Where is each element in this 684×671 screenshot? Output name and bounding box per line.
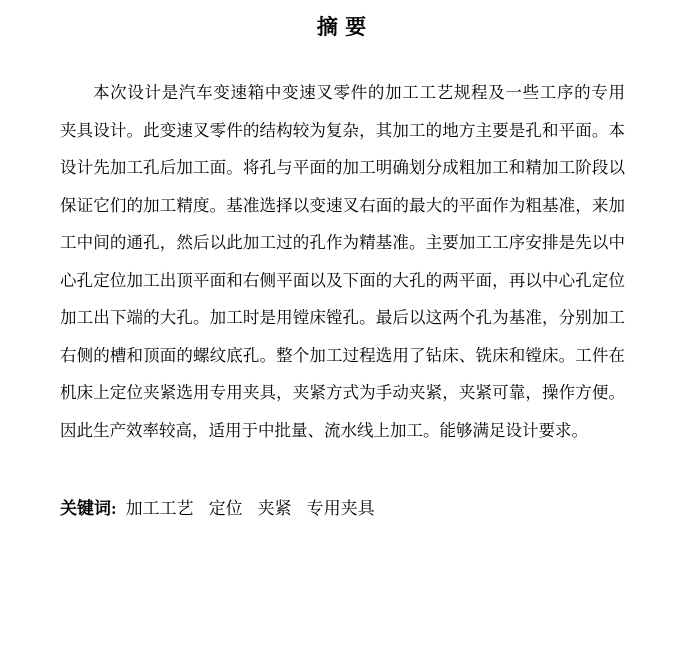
keyword-item: 定位 [209, 499, 243, 518]
paragraph-line: 因此生产效率较高，适用于中批量、流水线上加工。能够满足设计要求。 [60, 412, 625, 450]
keyword-item: 夹紧 [258, 499, 292, 518]
keyword-item: 加工工艺 [126, 499, 194, 518]
paragraph-line: 夹具设计。此变速叉零件的结构较为复杂，其加工的地方主要是孔和平面。本 [60, 112, 625, 150]
paragraph-line: 本次设计是汽车变速箱中变速叉零件的加工工艺规程及一些工序的专用 [60, 74, 625, 112]
paragraph-line: 心孔定位加工出顶平面和右侧平面以及下面的大孔的两平面，再以中心孔定位 [60, 262, 625, 300]
paragraph-line: 机床上定位夹紧选用专用夹具，夹紧方式为手动夹紧，夹紧可靠，操作方便。 [60, 374, 625, 412]
paragraph-line: 工中间的通孔，然后以此加工过的孔作为精基准。主要加工工序安排是先以中 [60, 224, 625, 262]
paragraph-line: 加工出下端的大孔。加工时是用镗床镗孔。最后以这两个孔为基准，分别加工 [60, 299, 625, 337]
document-page: 摘 要 本次设计是汽车变速箱中变速叉零件的加工工艺规程及一些工序的专用 夹具设计… [0, 0, 684, 671]
paragraph-line: 设计先加工孔后加工面。将孔与平面的加工明确划分成粗加工和精加工阶段以 [60, 149, 625, 187]
keywords-label: 关键词: [60, 499, 117, 518]
abstract-paragraph: 本次设计是汽车变速箱中变速叉零件的加工工艺规程及一些工序的专用 夹具设计。此变速… [60, 74, 625, 449]
page-title: 摘 要 [0, 12, 684, 42]
paragraph-line: 保证它们的加工精度。基准选择以变速叉右面的最大的平面作为粗基准，来加 [60, 187, 625, 225]
keywords-row: 关键词:加工工艺定位夹紧专用夹具 [60, 490, 375, 528]
keyword-item: 专用夹具 [307, 499, 375, 518]
paragraph-line: 右侧的槽和顶面的螺纹底孔。整个加工过程选用了钻床、铣床和镗床。工件在 [60, 337, 625, 375]
